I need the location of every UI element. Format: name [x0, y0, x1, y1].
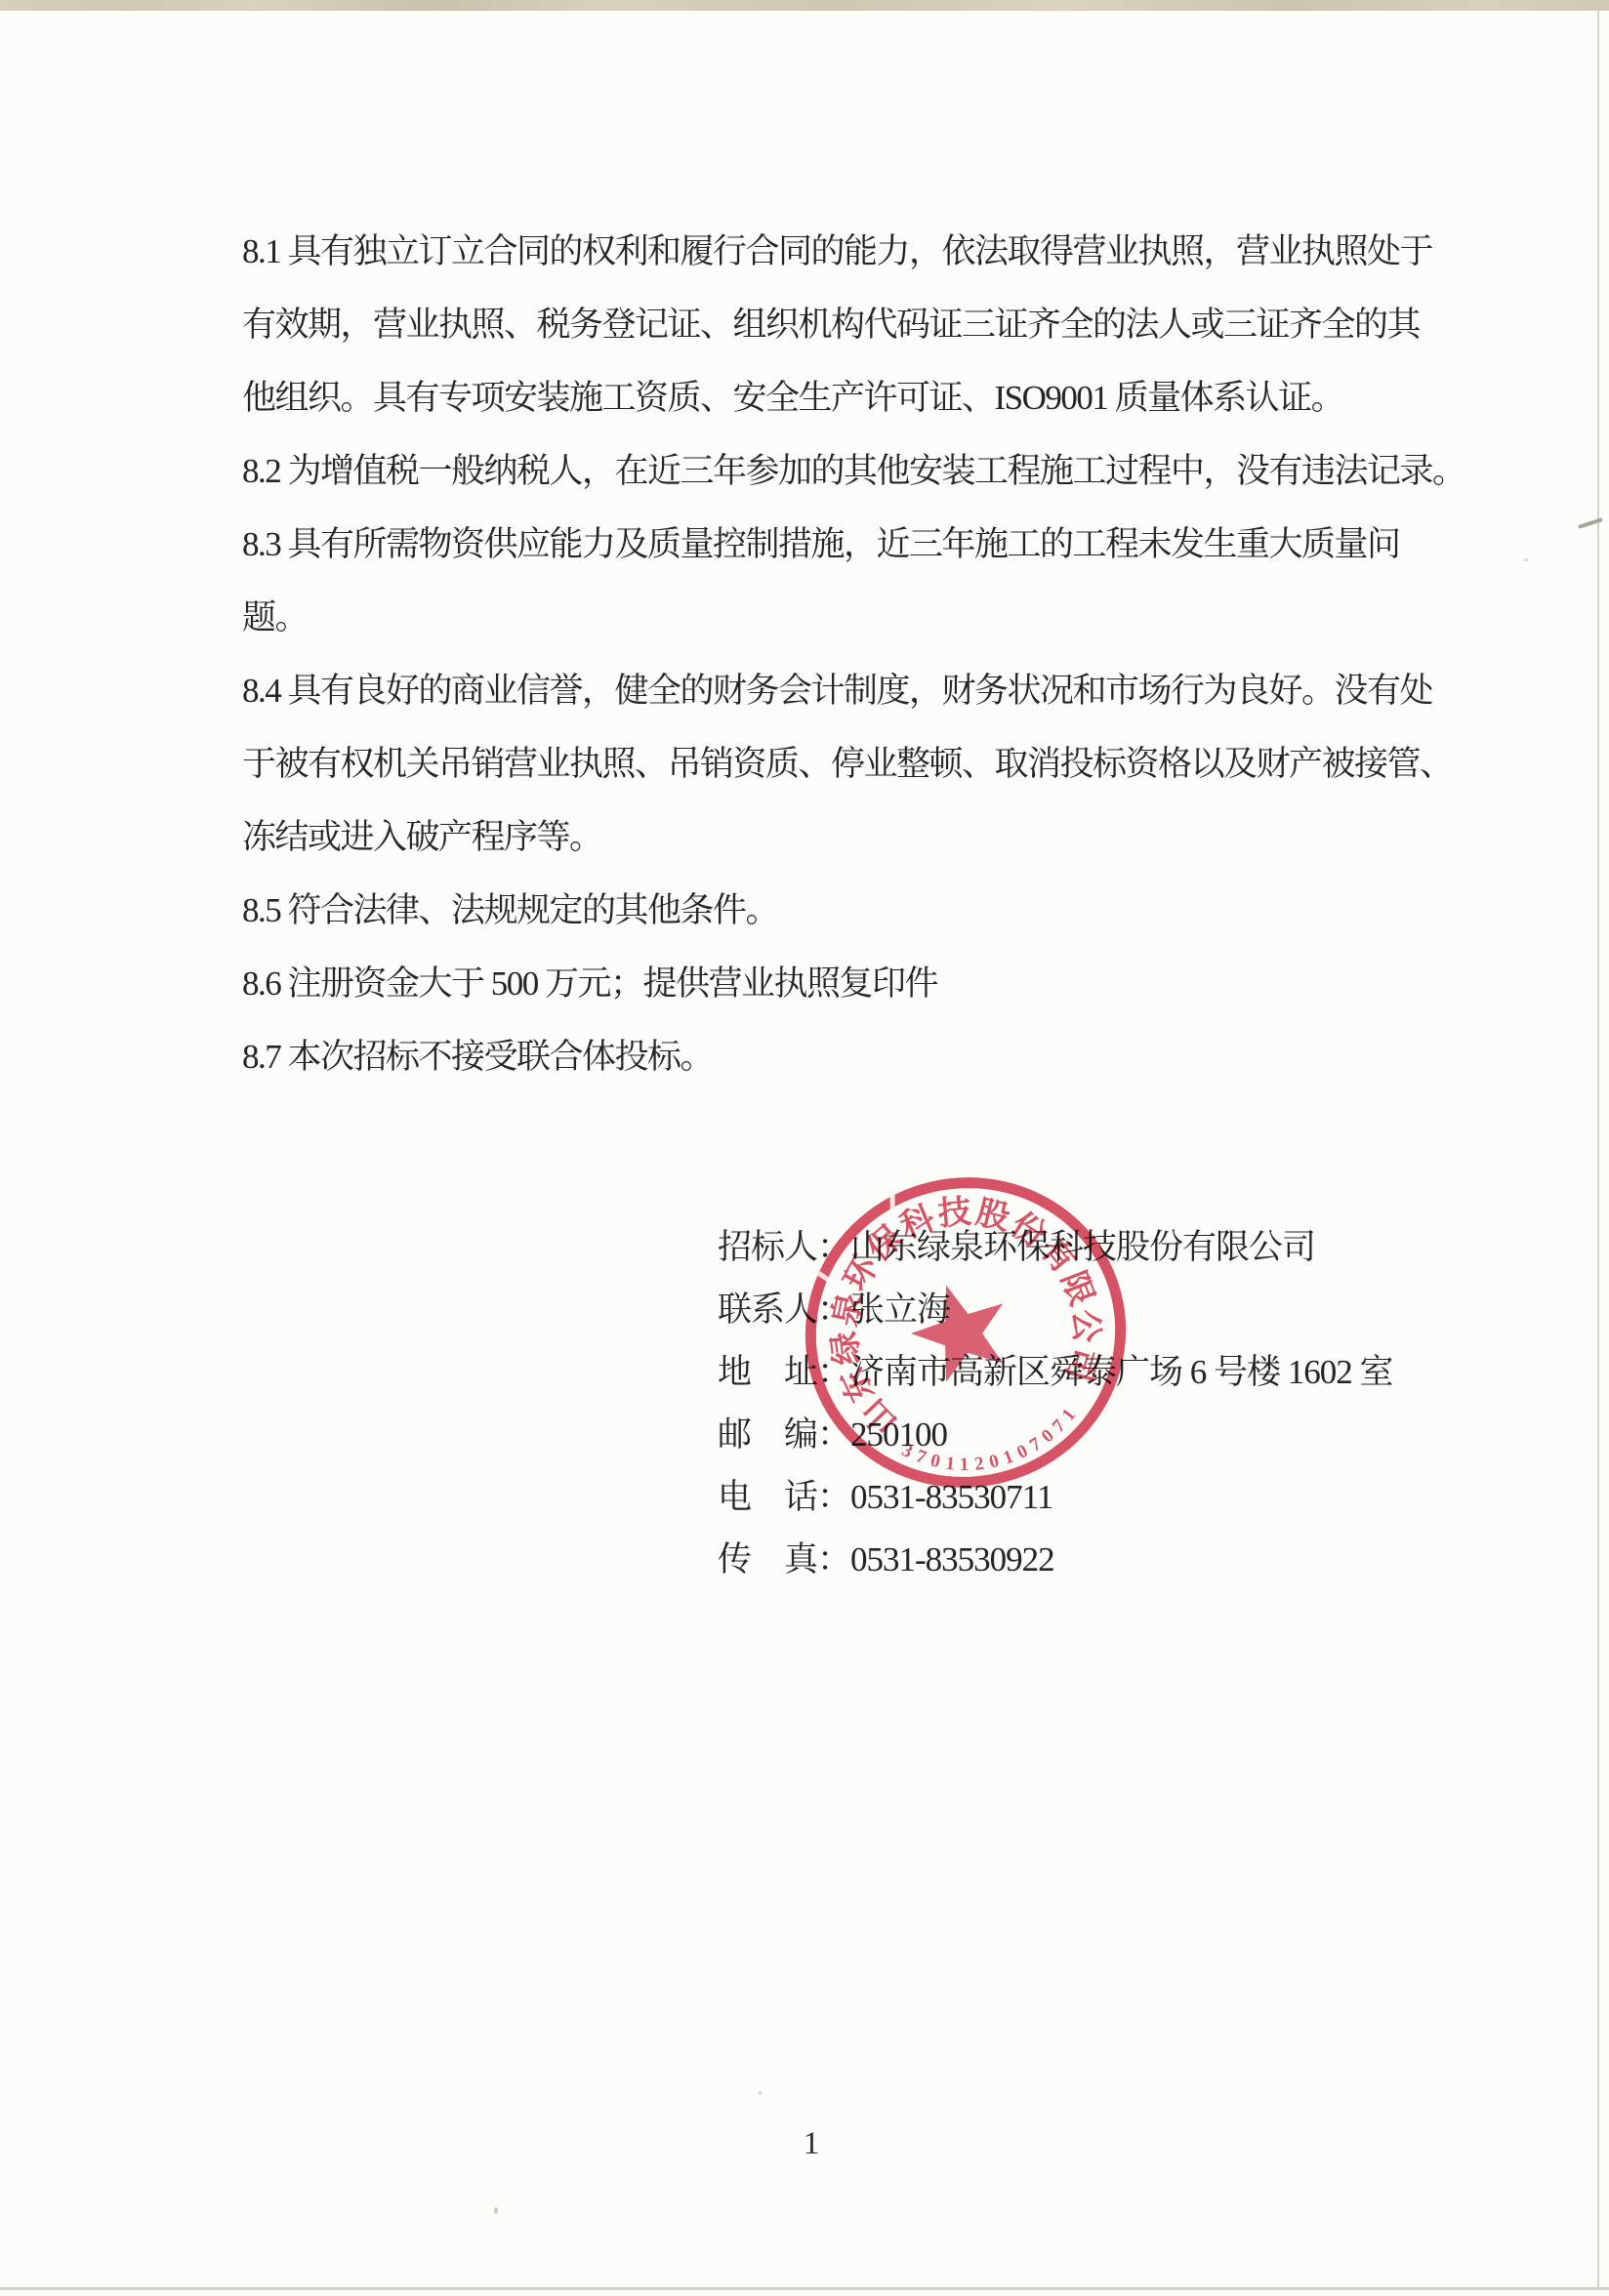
clause-8-4-line-3: 冻结或进入破产程序等。: [242, 800, 1472, 874]
scan-artifact-tick: [1578, 517, 1603, 529]
scanned-document-page: 8.1 具有独立订立合同的权利和履行合同的能力，依法取得营业执照，营业执照处于 …: [0, 0, 1609, 2296]
scan-top-edge: [0, 0, 1609, 11]
page-number: 1: [730, 2126, 892, 2162]
company-seal-stamp: 山东绿泉环保科技股份有限公司 3701120107071: [800, 1173, 1132, 1496]
seal-ring-scratch: [890, 1189, 895, 1210]
clause-8-1-line-1: 8.1 具有独立订立合同的权利和履行合同的能力，依法取得营业执照，营业执照处于: [242, 215, 1472, 288]
clause-8-6: 8.6 注册资金大于 500 万元；提供营业执照复印件: [242, 947, 1472, 1020]
scan-speck: [494, 2207, 498, 2214]
scan-right-page-edge: [1597, 11, 1599, 2289]
tender-conditions-section: 8.1 具有独立订立合同的权利和履行合同的能力，依法取得营业执照，营业执照处于 …: [242, 215, 1472, 1093]
clause-8-3-line-1: 8.3 具有所需物资供应能力及质量控制措施，近三年施工的工程未发生重大质量问: [242, 508, 1472, 581]
scan-speck: [758, 2091, 763, 2095]
clause-8-3-line-2: 题。: [242, 581, 1472, 654]
scan-speck: [1523, 558, 1529, 561]
seal-star-icon: [900, 1270, 1020, 1387]
fax-line: 传 真：0531-83530922: [718, 1529, 1393, 1591]
scan-bottom-edge: [0, 2287, 1609, 2290]
clause-8-2: 8.2 为增值税一般纳税人，在近三年参加的其他安装工程施工过程中，没有违法记录。: [242, 434, 1472, 508]
clause-8-4-line-2: 于被有权机关吊销营业执照、吊销资质、停业整顿、取消投标资格以及财产被接管、: [242, 727, 1472, 800]
clause-8-5: 8.5 符合法律、法规规定的其他条件。: [242, 874, 1472, 947]
clause-8-1-line-2: 有效期，营业执照、税务登记证、组织机构代码证三证齐全的法人或三证齐全的其: [242, 288, 1472, 361]
clause-8-7: 8.7 本次招标不接受联合体投标。: [242, 1020, 1472, 1093]
clause-8-4-line-1: 8.4 具有良好的商业信誉，健全的财务会计制度，财务状况和市场行为良好。没有处: [242, 654, 1472, 727]
clause-8-1-line-3: 他组织。具有专项安装施工资质、安全生产许可证、ISO9001 质量体系认证。: [242, 361, 1472, 434]
